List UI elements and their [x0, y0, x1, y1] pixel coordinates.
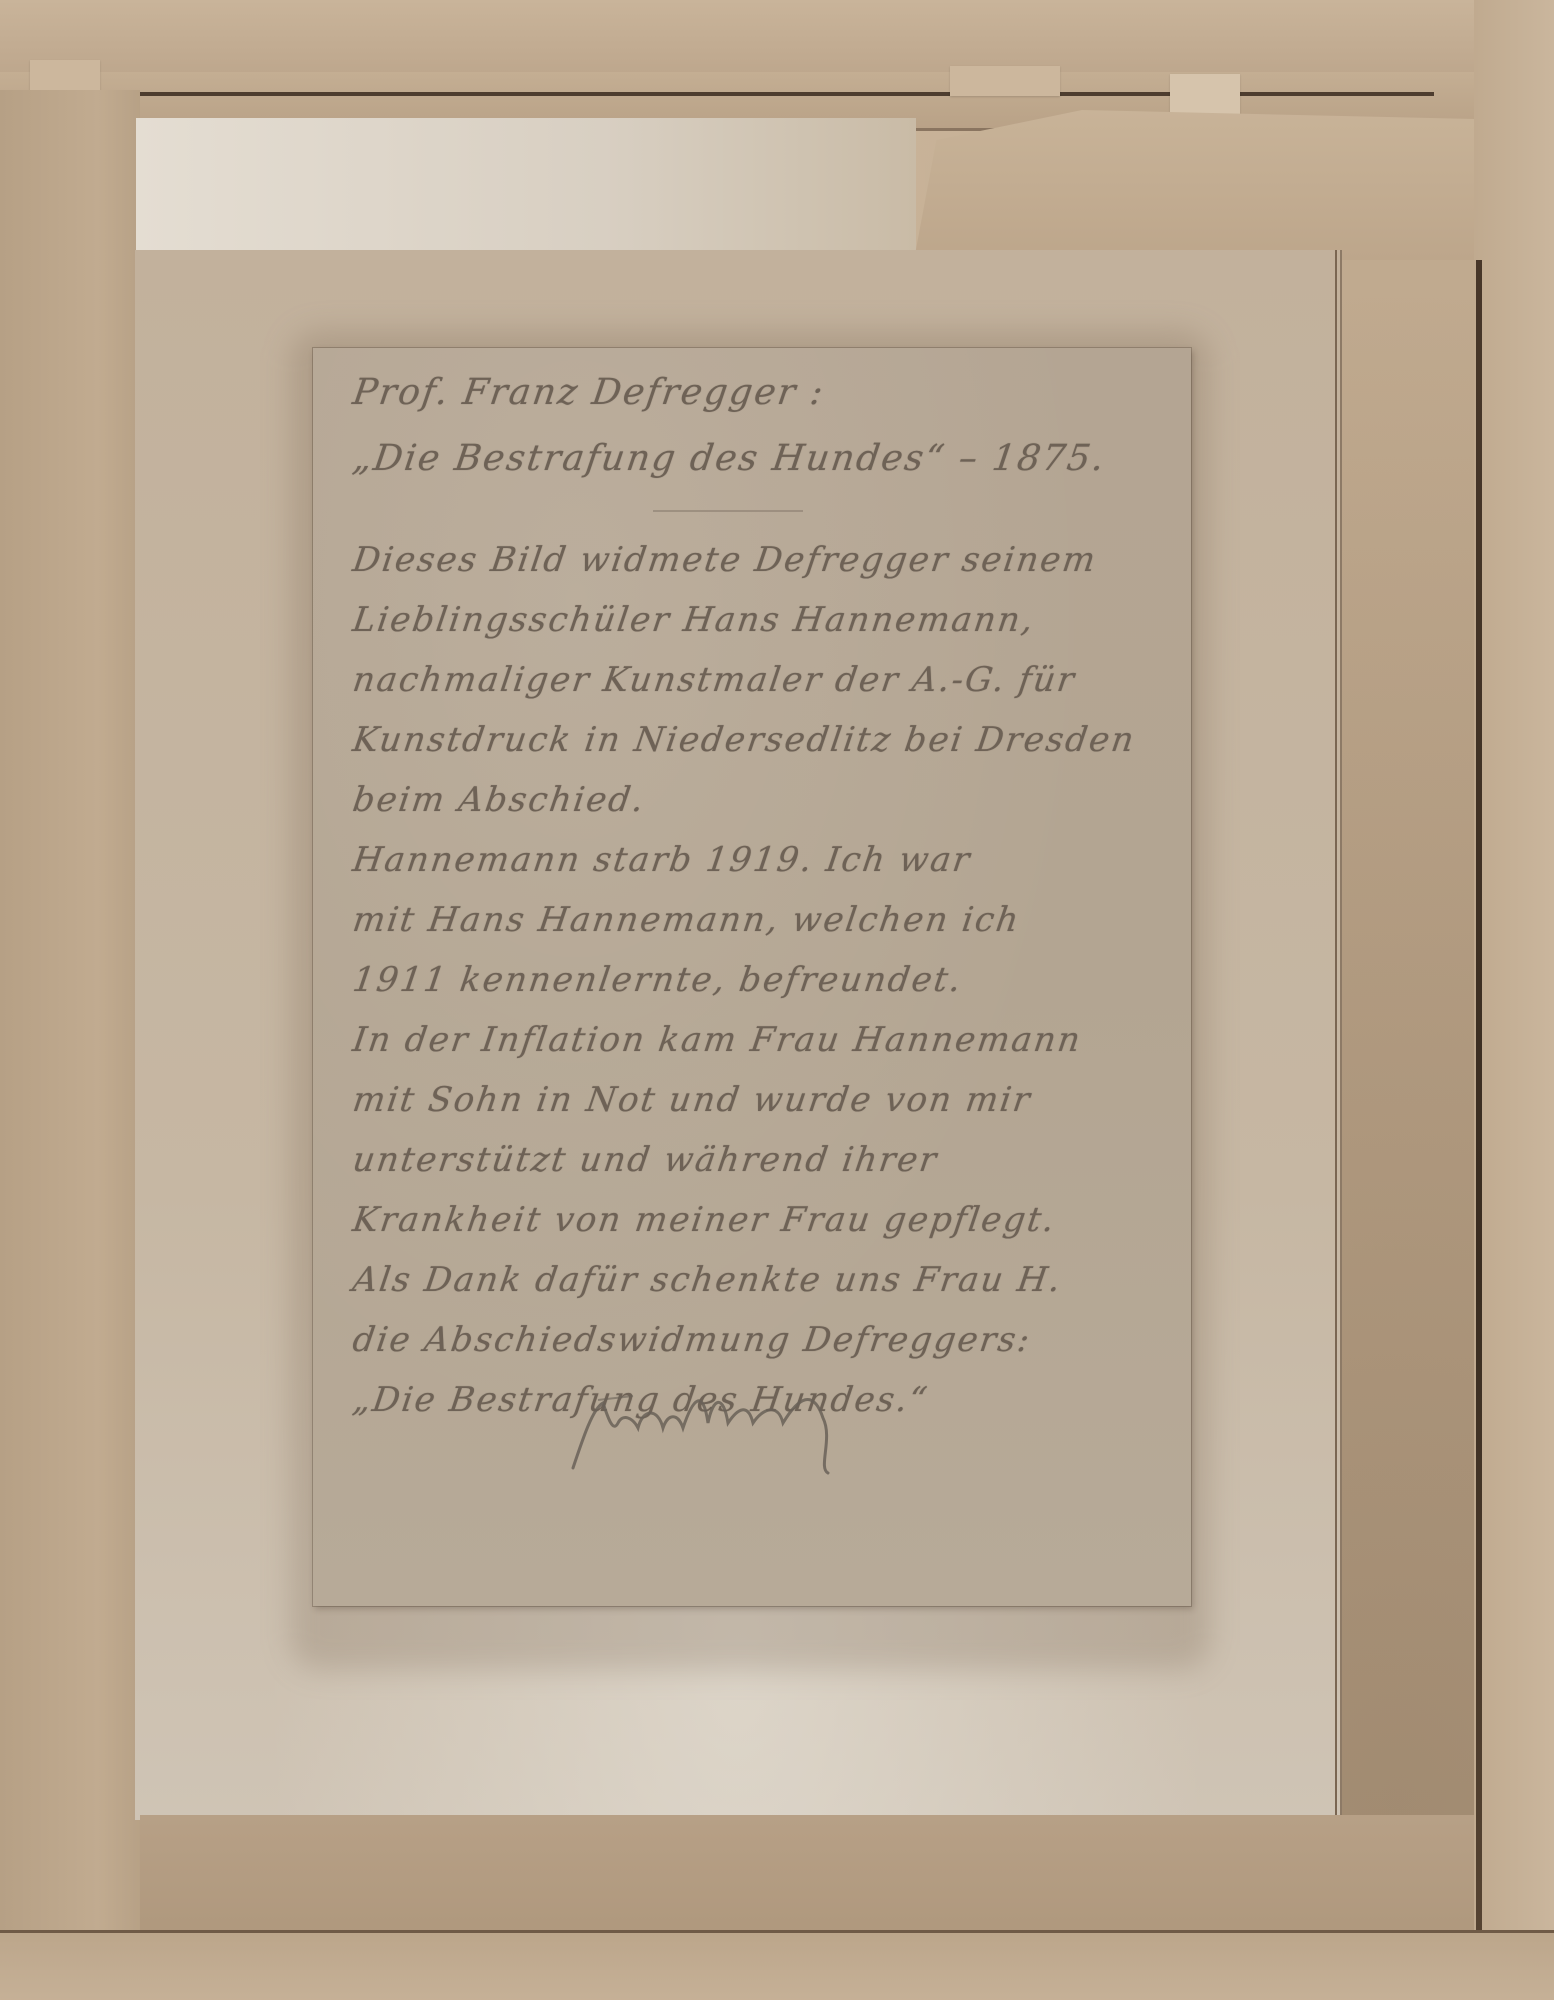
body-line: Als Dank dafür schenkte uns Frau H.: [349, 1250, 1175, 1310]
exposed-white-backing: [136, 118, 916, 253]
frame-crack: [1476, 260, 1482, 1940]
body-line: beim Abschied.: [349, 770, 1175, 830]
artist-line: Prof. Franz Defregger :: [348, 360, 1175, 426]
body-line: Kunstdruck in Niedersedlitz bei Dresden: [349, 710, 1175, 770]
provenance-label: Prof. Franz Defregger : „Die Bestrafung …: [313, 348, 1191, 1606]
backing-board-edge: [1335, 250, 1337, 1820]
body-line: Dieses Bild widmete Defregger seinem: [349, 530, 1175, 590]
body-line: In der Inflation kam Frau Hannemann: [349, 1010, 1175, 1070]
artwork-title-line: „Die Bestrafung des Hundes“ – 1875.: [348, 426, 1175, 492]
torn-paper-flap: [914, 110, 1474, 260]
body-line: Lieblingsschüler Hans Hannemann,: [349, 590, 1175, 650]
torn-tape: [1170, 74, 1240, 114]
divider: [653, 510, 803, 512]
right-backing-tape: [1474, 0, 1554, 2000]
body-line: Krankheit von meiner Frau gepflegt.: [349, 1190, 1175, 1250]
body-line: unterstützt und während ihrer: [349, 1130, 1175, 1190]
bottom-frame-edge: [0, 1930, 1554, 2000]
label-text: Prof. Franz Defregger : „Die Bestrafung …: [353, 360, 1171, 1430]
body-line: mit Sohn in Not und wurde von mir: [349, 1070, 1175, 1130]
signature: [563, 1378, 923, 1478]
torn-tape: [950, 66, 1060, 96]
picture-frame-back: Prof. Franz Defregger : „Die Bestrafung …: [0, 0, 1554, 2000]
body-line: mit Hans Hannemann, welchen ich: [349, 890, 1175, 950]
left-backing-tape: [0, 90, 140, 2000]
body-line: Hannemann starb 1919. Ich war: [349, 830, 1175, 890]
body-line: die Abschiedswidmung Defreggers:: [349, 1310, 1175, 1370]
body-line: nachmaliger Kunstmaler der A.-G. für: [349, 650, 1175, 710]
body-line: 1911 kennenlernte, befreundet.: [349, 950, 1175, 1010]
